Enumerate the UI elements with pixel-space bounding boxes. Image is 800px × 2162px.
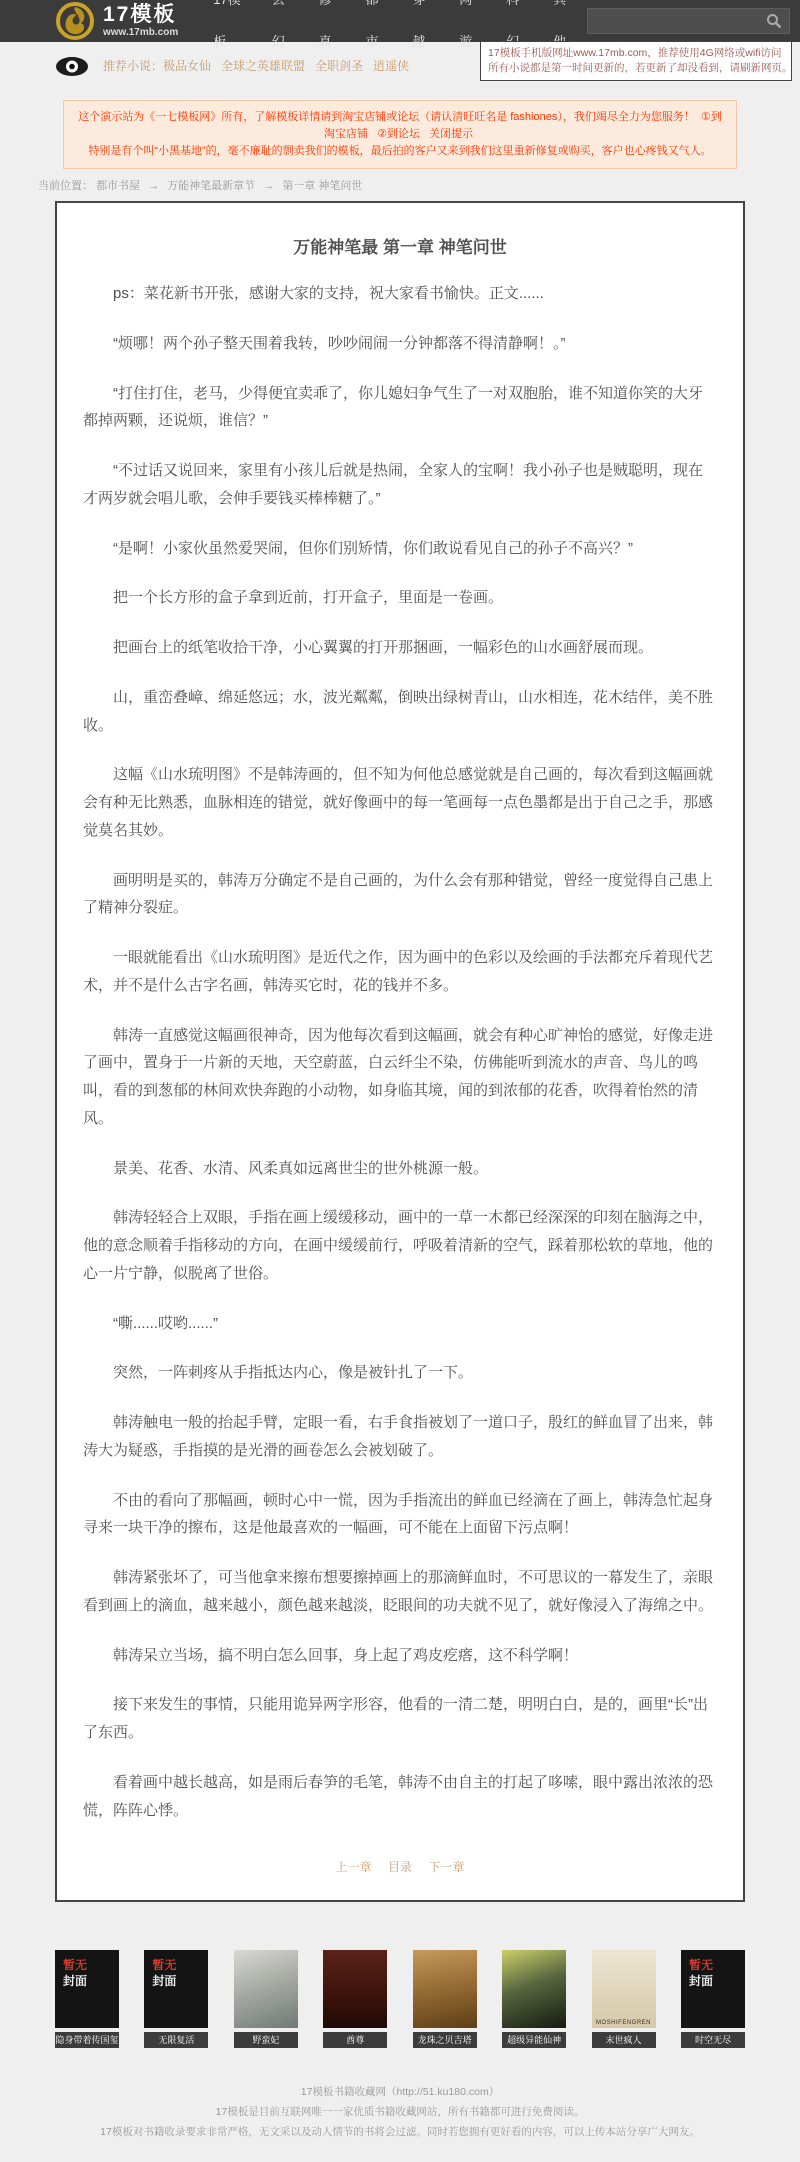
demo-notice-bar: 这个演示站为《一七模板网》所有，了解模板详情请到淘宝店铺或论坛（请认清旺旺名是 … [63, 100, 737, 169]
footer-line-3: 17模板对书籍收录要求非常严格，无文采以及动人情节的书将会过滤。同时若您拥有更好… [0, 2122, 800, 2142]
book-item[interactable]: 超级异能仙神 [502, 1950, 566, 2048]
book-item[interactable]: 暂无 封面 隐身带着传国玺 [55, 1950, 119, 2048]
site-logo[interactable]: 17模板 www.17mb.com [55, 1, 178, 41]
cover-caption: MOSHIFENGREN [592, 2020, 656, 2026]
breadcrumb-separator: → [263, 180, 274, 192]
chapter-paragraph: 山，重峦叠嶂、绵延悠远；水，波光粼粼，倒映出绿树青山，山水相连，花木结伴，美不胜… [83, 684, 717, 740]
chapter-paragraph: 韩涛一直感觉这幅画很神奇，因为他每次看到这幅画，就会有种心旷神怡的感觉，好像走进… [83, 1022, 717, 1133]
chapter-paragraph: “是啊！小家伙虽然爱哭闹，但你们别矫情，你们敢说看见自己的孙子不高兴？” [83, 535, 717, 563]
chapter-paragraph: 接下来发生的事情，只能用诡异两字形容，他看的一清二楚，明明白白，是的，画里“长”… [83, 1691, 717, 1747]
dragon-logo-icon [55, 1, 95, 41]
next-chapter-link[interactable]: 下一章 [428, 1860, 464, 1874]
chapter-paragraph: ps：菜花新书开张，感谢大家的支持，祝大家看书愉快。正文...... [83, 280, 717, 308]
tip-line-2: 所有小说都是第一时间更新的，若更新了却没看到，请刷新网页。 [488, 61, 784, 76]
book-cover-image[interactable]: MOSHIFENGREN [592, 1950, 656, 2028]
book-cover-placeholder[interactable]: 暂无 封面 [681, 1950, 745, 2028]
chapter-paragraph: “打住打住，老马，少得便宜卖乖了，你儿媳妇争气生了一对双胞胎，谁不知道你笑的大牙… [83, 380, 717, 436]
book-title[interactable]: 超级异能仙神 [502, 2032, 566, 2048]
book-title[interactable]: 无限复活 [144, 2032, 208, 2048]
chapter-paragraph: “烦哪！两个孙子整天围着我转，吵吵闹闹一分钟都落不得清静啊！。” [83, 330, 717, 358]
search-box [587, 8, 790, 34]
chapter-paragraph: “嘶......哎哟......” [83, 1310, 717, 1338]
recommend-link-4[interactable]: 逍遥侠 [373, 56, 409, 77]
book-cover-placeholder[interactable]: 暂无 封面 [144, 1950, 208, 2028]
notice-line-1: 这个演示站为《一七模板网》所有，了解模板详情请到淘宝店铺或论坛（请认清旺旺名是 … [74, 109, 726, 143]
notice-line-2: 特别是有个叫“小黑基地”的，毫不廉耻的剽卖我们的模板，最后拍的客户又来到我们这里… [74, 143, 726, 160]
book-cover-placeholder[interactable]: 暂无 封面 [55, 1950, 119, 2028]
book-title[interactable]: 龙珠之贝吉塔 [413, 2032, 477, 2048]
forum-link[interactable]: ②到论坛 [377, 128, 420, 140]
book-cover-image[interactable] [413, 1950, 477, 2028]
book-title[interactable]: 酋尊 [323, 2032, 387, 2048]
site-name: 17模板 [103, 4, 178, 25]
recommend-label: 推荐小说： [103, 56, 163, 77]
chapter-paragraph: 韩涛触电一般的抬起手臂，定眼一看，右手食指被划了一道口子，殷红的鲜血冒了出来，韩… [83, 1409, 717, 1465]
no-cover-text: 暂无 [152, 1957, 208, 1973]
recommend-link-1[interactable]: 极品女仙 [163, 56, 211, 77]
chapter-paragraph: 把画台上的纸笔收拾干净，小心翼翼的打开那捆画，一幅彩色的山水画舒展而现。 [83, 634, 717, 662]
book-title[interactable]: 时空无尽 [681, 2032, 745, 2048]
eye-icon [55, 56, 89, 77]
chapter-content-box: 万能神笔最 第一章 神笔问世 ps：菜花新书开张，感谢大家的支持，祝大家看书愉快… [55, 201, 745, 1902]
prev-chapter-link[interactable]: 上一章 [336, 1860, 372, 1874]
chapter-nav: 上一章 目录 下一章 [83, 1858, 717, 1876]
book-item[interactable]: 暂无 封面 时空无尽 [681, 1950, 745, 2048]
breadcrumb: 当前位置： 都市书屋 → 万能神笔最新章节 → 第一章 神笔问世 [38, 177, 762, 193]
recommend-links: 极品女仙 全球之英雄联盟 全职剑圣 逍遥侠 [163, 56, 419, 77]
chapter-title: 万能神笔最 第一章 神笔问世 [83, 233, 717, 258]
site-footer: 17模板书籍收藏网（http://51.ku180.com） 17模板是目前互联… [0, 2082, 800, 2142]
chapter-paragraph: 韩涛呆立当场，搞不明白怎么回事，身上起了鸡皮疙瘩，这不科学啊！ [83, 1642, 717, 1670]
search-button[interactable] [759, 9, 789, 33]
book-cover-image[interactable] [323, 1950, 387, 2028]
no-cover-text: 暂无 [689, 1957, 745, 1973]
no-cover-text: 暂无 [63, 1957, 119, 1973]
recommend-link-2[interactable]: 全球之英雄联盟 [221, 56, 305, 77]
mobile-tip-box: 17模板手机版网址www.17mb.com，推荐使用4G网络或wifi访问 所有… [480, 41, 792, 81]
no-cover-text: 封面 [63, 1973, 119, 1989]
book-item[interactable]: 酋尊 [323, 1950, 387, 2048]
no-cover-text: 封面 [689, 1973, 745, 1989]
book-cover-image[interactable] [502, 1950, 566, 2028]
recommend-link-3[interactable]: 全职剑圣 [315, 56, 363, 77]
chapter-paragraph: 景美、花香、水清、风柔真如远离世尘的世外桃源一般。 [83, 1155, 717, 1183]
recommend-strip: 推荐小说： 极品女仙 全球之英雄联盟 全职剑圣 逍遥侠 17模板手机版网址www… [0, 42, 800, 94]
search-input[interactable] [588, 9, 759, 33]
toc-link[interactable]: 目录 [388, 1860, 412, 1874]
book-title[interactable]: 末世疯人 [592, 2032, 656, 2048]
book-item[interactable]: 野蛮妃 [234, 1950, 298, 2048]
breadcrumb-separator: → [148, 180, 159, 192]
breadcrumb-label: 当前位置： [38, 180, 93, 192]
chapter-paragraph: 看着画中越长越高，如是雨后春笋的毛笔，韩涛不由自主的打起了哆嗦，眼中露出浓浓的恐… [83, 1769, 717, 1825]
chapter-paragraph: “不过话又说回来，家里有小孩儿后就是热闹，全家人的宝啊！我小孙子也是贼聪明，现在… [83, 457, 717, 513]
book-item[interactable]: 暂无 封面 无限复活 [144, 1950, 208, 2048]
chapter-paragraph: 这幅《山水琉明图》不是韩涛画的，但不知为何他总感觉就是自己画的，每次看到这幅画就… [83, 761, 717, 844]
book-title[interactable]: 野蛮妃 [234, 2032, 298, 2048]
search-icon [766, 13, 782, 29]
chapter-paragraph: 突然，一阵刺疼从手指抵达内心，像是被针扎了一下。 [83, 1359, 717, 1387]
book-title[interactable]: 隐身带着传国玺 [55, 2032, 119, 2048]
tip-line-1: 17模板手机版网址www.17mb.com，推荐使用4G网络或wifi访问 [488, 46, 784, 61]
notice-text-1: 这个演示站为《一七模板网》所有，了解模板详情请到淘宝店铺或论坛（请认清旺旺名是 … [78, 111, 695, 123]
site-header: 17模板 www.17mb.com 17模板 玄幻 修真 都市 穿越 网游 科幻… [0, 0, 800, 42]
close-tip-link[interactable]: 关闭提示 [429, 128, 473, 140]
no-cover-text: 封面 [152, 1973, 208, 1989]
breadcrumb-current: 第一章 神笔问世 [282, 180, 362, 192]
chapter-paragraph: 不由的看向了那幅画，顿时心中一慌，因为手指流出的鲜血已经滴在了画上，韩涛急忙起身… [83, 1487, 717, 1543]
book-item[interactable]: MOSHIFENGREN 末世疯人 [592, 1950, 656, 2048]
footer-line-1: 17模板书籍收藏网（http://51.ku180.com） [0, 2082, 800, 2102]
footer-line-2: 17模板是目前互联网唯一一家优质书籍收藏网站，所有书籍都可进行免费阅读。 [0, 2102, 800, 2122]
chapter-paragraph: 把一个长方形的盒子拿到近前，打开盒子，里面是一卷画。 [83, 584, 717, 612]
chapter-paragraph: 一眼就能看出《山水琉明图》是近代之作，因为画中的色彩以及绘画的手法都充斥着现代艺… [83, 944, 717, 1000]
related-books: 暂无 封面 隐身带着传国玺 暂无 封面 无限复活 野蛮妃 酋尊 龙珠之贝吉塔 超… [55, 1950, 745, 2048]
book-item[interactable]: 龙珠之贝吉塔 [413, 1950, 477, 2048]
book-cover-image[interactable] [234, 1950, 298, 2028]
site-url: www.17mb.com [103, 28, 178, 38]
chapter-paragraph: 画明明是买的，韩涛万分确定不是自己画的，为什么会有那种错觉，曾经一度觉得自己患上… [83, 867, 717, 923]
chapter-paragraph: 韩涛紧张坏了，可当他拿来擦布想要擦掉画上的那滴鲜血时，不可思议的一幕发生了，亲眼… [83, 1564, 717, 1620]
breadcrumb-category[interactable]: 都市书屋 [96, 180, 140, 192]
chapter-paragraph: 韩涛轻轻合上双眼，手指在画上缓缓移动，画中的一草一木都已经深深的印刻在脑海之中，… [83, 1204, 717, 1287]
breadcrumb-book[interactable]: 万能神笔最新章节 [167, 180, 255, 192]
